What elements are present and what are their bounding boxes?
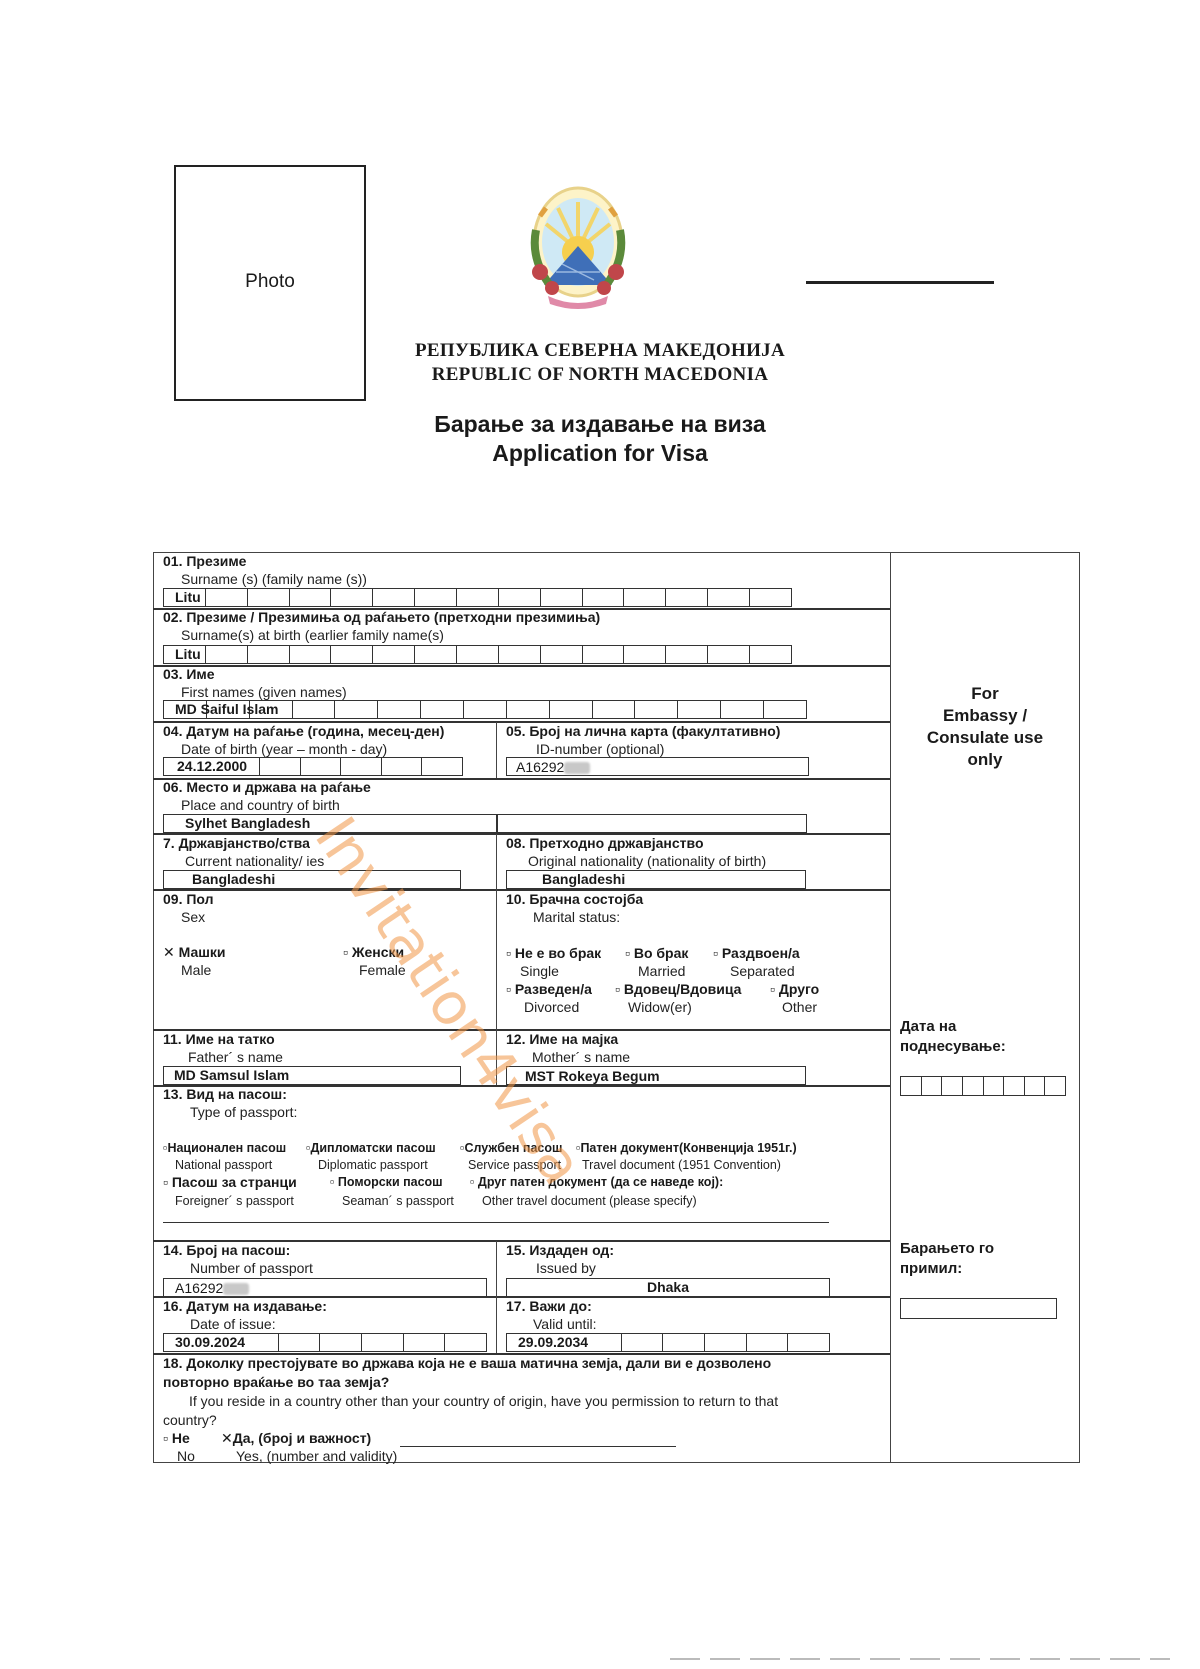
scan-artifact: [670, 1658, 1170, 1660]
residence-option-no-en: No: [177, 1448, 195, 1464]
marital-option-other[interactable]: ▫ Друго: [770, 981, 819, 997]
passport-option-foreigner-en: Foreigner´ s passport: [175, 1194, 294, 1208]
passport-type-sublabel: Type of passport:: [190, 1104, 297, 1120]
surname-at-birth-field[interactable]: [163, 645, 792, 664]
mother-name-sublabel: Mother´ s name: [532, 1049, 630, 1065]
current-nationality-sublabel: Current nationality/ ies: [185, 853, 324, 869]
checkbox-empty-icon[interactable]: ▫: [470, 1175, 474, 1189]
date-of-birth-value: 24.12.2000: [177, 758, 247, 774]
father-name-sublabel: Father´ s name: [188, 1049, 283, 1065]
marital-status-sublabel: Marital status:: [533, 909, 620, 925]
residence-yes-details-line[interactable]: [400, 1446, 676, 1447]
embassy-use-line1: For: [891, 683, 1079, 705]
marital-option-single[interactable]: ▫ Не е во брак: [506, 945, 601, 961]
passport-option-travel-doc[interactable]: ▫Патен документ(Конвенција 1951г.): [576, 1141, 797, 1155]
received-by-label-1: Барањето го: [900, 1239, 994, 1259]
place-of-birth-sublabel: Place and country of birth: [181, 797, 340, 813]
first-names-sublabel: First names (given names): [181, 684, 347, 700]
first-names-value: MD Saiful Islam: [175, 701, 278, 717]
passport-option-other[interactable]: ▫ Друг патен документ (да се наведе кој)…: [470, 1175, 723, 1189]
marital-option-widow-en: Widow(er): [628, 999, 692, 1015]
original-nationality-sublabel: Original nationality (nationality of bir…: [528, 853, 766, 869]
checkbox-empty-icon[interactable]: ▫: [506, 981, 511, 997]
passport-option-diplomatic[interactable]: ▫Дипломатски пасош: [306, 1141, 436, 1155]
residence-option-yes[interactable]: ✕Да, (број и важност): [221, 1430, 371, 1447]
sex-label: 09. Пол: [163, 891, 214, 907]
date-of-issue-sublabel: Date of issue:: [190, 1316, 276, 1332]
mother-name-label: 12. Име на мајка: [506, 1031, 618, 1047]
valid-until-value: 29.09.2034: [518, 1334, 588, 1350]
checkbox-empty-icon[interactable]: ▫: [163, 1174, 168, 1190]
residence-permission-sublabel: If you reside in a country other than yo…: [189, 1393, 778, 1409]
reference-number-line: [806, 281, 994, 284]
passport-option-diplomatic-en: Diplomatic passport: [318, 1158, 428, 1172]
checkbox-empty-icon[interactable]: ▫: [713, 945, 718, 961]
checkbox-empty-icon[interactable]: ▫: [625, 945, 630, 961]
embassy-use-line3: Consulate use: [891, 727, 1079, 749]
issued-by-value: Dhaka: [506, 1279, 830, 1295]
residence-permission-label: 18. Доколку престојувате во држава која …: [163, 1355, 771, 1371]
received-by-field[interactable]: [900, 1298, 1057, 1319]
checkbox-empty-icon[interactable]: ▫: [163, 1430, 168, 1446]
submission-date-label: Дата на поднесување:: [900, 1017, 1006, 1057]
current-nationality-label: 7. Државјанство/ства: [163, 835, 310, 851]
column-divider: [496, 722, 497, 778]
received-by-label: Барањето го примил:: [900, 1239, 994, 1279]
received-by-label-2: примил:: [900, 1259, 994, 1279]
other-document-specify-line[interactable]: [163, 1222, 829, 1223]
photo-label: Photo: [176, 271, 364, 293]
surname-at-birth-sublabel: Surname(s) at birth (earlier family name…: [181, 627, 444, 643]
checkbox-empty-icon[interactable]: ▫: [343, 944, 348, 960]
embassy-use-line4: only: [891, 749, 1079, 771]
id-number-sublabel: ID-number (optional): [536, 741, 664, 757]
country-name-mk: РЕПУБЛИКА СЕВЕРНА МАКЕДОНИЈА: [300, 340, 900, 362]
father-name-value: MD Samsul Islam: [174, 1067, 289, 1083]
original-nationality-label: 08. Претходно државјанство: [506, 835, 704, 851]
country-of-birth-field[interactable]: [497, 814, 807, 833]
sex-sublabel: Sex: [181, 909, 205, 925]
residence-permission-sublabel-2: country?: [163, 1412, 217, 1428]
marital-option-separated[interactable]: ▫ Раздвоен/а: [713, 945, 800, 961]
submission-date-label-2: поднесување:: [900, 1037, 1006, 1057]
date-of-issue-label: 16. Датум на издавање:: [163, 1298, 327, 1314]
father-name-label: 11. Име на татко: [163, 1031, 275, 1047]
place-of-birth-label: 06. Место и држава на раѓање: [163, 779, 371, 795]
sex-option-male-en: Male: [181, 962, 211, 978]
valid-until-sublabel: Valid until:: [533, 1316, 597, 1332]
checkbox-empty-icon[interactable]: ▫: [330, 1175, 334, 1189]
residence-option-yes-en: Yes, (number and validity): [236, 1448, 397, 1464]
checkbox-empty-icon[interactable]: ▫: [615, 981, 620, 997]
surname-value: Litu: [175, 589, 201, 605]
surname-sublabel: Surname (s) (family name (s)): [181, 571, 367, 587]
checkbox-checked-icon[interactable]: ✕: [163, 944, 175, 960]
passport-option-national[interactable]: ▫Национален пасош: [163, 1141, 286, 1155]
id-number-value: A16292: [516, 759, 590, 775]
row-divider: [153, 665, 890, 667]
surname-label: 01. Презиме: [163, 553, 246, 569]
marital-option-single-en: Single: [520, 963, 559, 979]
passport-number-value: A16292: [175, 1280, 249, 1296]
coat-of-arms-icon: [522, 180, 634, 310]
country-name-en: REPUBLIC OF NORTH MACEDONIA: [300, 364, 900, 386]
issued-by-sublabel: Issued by: [536, 1260, 596, 1276]
sex-option-male[interactable]: ✕ Машки: [163, 944, 226, 961]
first-names-label: 03. Име: [163, 666, 215, 682]
checkbox-empty-icon[interactable]: ▫: [770, 981, 775, 997]
redacted-digits: [223, 1283, 249, 1295]
passport-option-other-en: Other travel document (please specify): [482, 1194, 697, 1208]
id-number-label: 05. Број на лична карта (факултативно): [506, 723, 780, 739]
marital-option-married-en: Married: [638, 963, 685, 979]
redacted-digits: [564, 762, 590, 774]
marital-option-divorced-en: Divorced: [524, 999, 579, 1015]
current-nationality-value: Bangladeshi: [192, 871, 275, 887]
submission-date-label-1: Дата на: [900, 1017, 1006, 1037]
marital-option-divorced[interactable]: ▫ Разведен/а: [506, 981, 592, 997]
date-of-issue-value: 30.09.2024: [175, 1334, 245, 1350]
marital-option-widow[interactable]: ▫ Вдовец/Вдовица: [615, 981, 741, 997]
date-of-birth-label: 04. Датум на раѓање (година, месец-ден): [163, 723, 444, 739]
marital-option-other-en: Other: [782, 999, 817, 1015]
checkbox-checked-icon[interactable]: ✕: [221, 1430, 233, 1446]
form-title-en: Application for Visa: [300, 440, 900, 467]
submission-date-field[interactable]: [900, 1076, 1066, 1096]
form-title-mk: Барање за издавање на виза: [300, 411, 900, 438]
checkbox-empty-icon[interactable]: ▫: [506, 945, 511, 961]
place-of-birth-value: Sylhet Bangladesh: [185, 815, 310, 831]
embassy-use-line2: Embassy /: [891, 705, 1079, 727]
issued-by-label: 15. Издаден од:: [506, 1242, 614, 1258]
surname-at-birth-label: 02. Презиме / Презимиња од раѓањето (пре…: [163, 609, 600, 625]
passport-option-seaman[interactable]: ▫ Поморски пасош: [330, 1175, 443, 1189]
marital-option-separated-en: Separated: [730, 963, 795, 979]
valid-until-label: 17. Важи до:: [506, 1298, 592, 1314]
passport-type-label: 13. Вид на пасош:: [163, 1086, 287, 1102]
marital-status-label: 10. Брачна состојба: [506, 891, 643, 907]
passport-option-foreigner[interactable]: ▫ Пасош за странци: [163, 1174, 297, 1190]
passport-option-seaman-en: Seaman´ s passport: [342, 1194, 454, 1208]
original-nationality-value: Bangladeshi: [542, 871, 625, 887]
residence-option-no[interactable]: ▫ Не: [163, 1430, 190, 1446]
marital-option-married[interactable]: ▫ Во брак: [625, 945, 688, 961]
surname-field[interactable]: [163, 588, 792, 607]
surname-at-birth-value: Litu: [175, 646, 201, 662]
date-of-birth-sublabel: Date of birth (year – month - day): [181, 741, 387, 757]
residence-permission-label-2: повторно враќање во таа земја?: [163, 1374, 389, 1390]
passport-option-travel-doc-en: Travel document (1951 Convention): [582, 1158, 781, 1172]
passport-option-national-en: National passport: [175, 1158, 272, 1172]
passport-number-label: 14. Број на пасош:: [163, 1242, 290, 1258]
passport-number-sublabel: Number of passport: [190, 1260, 313, 1276]
column-divider: [496, 1241, 497, 1353]
